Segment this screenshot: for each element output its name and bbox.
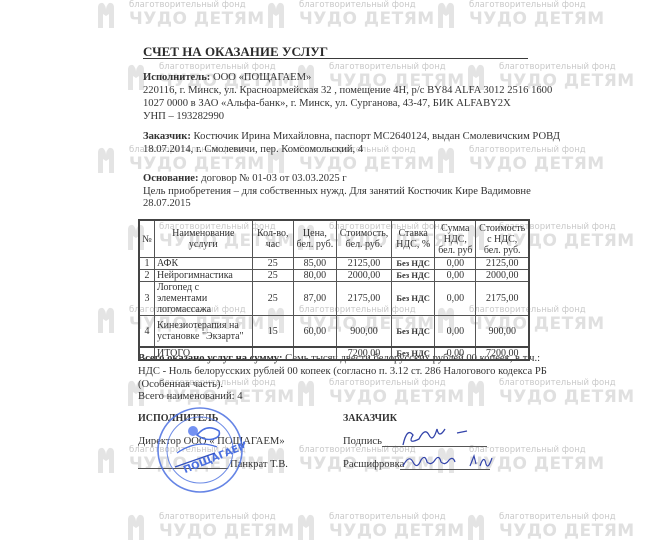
cell-cost: 2125,00 — [336, 258, 391, 270]
col-header-total: Стоимость с НДС, бел. руб. — [476, 220, 529, 258]
basis-line: Основание: договор № 01-03 от 03.03.2025… — [143, 172, 347, 185]
total-vat-rate: Без НДС — [392, 347, 435, 360]
cell-price: 80,00 — [293, 270, 336, 282]
cell-name: Логопед с элементами логомассажа — [154, 282, 252, 316]
cell-vat-rate: Без НДС — [392, 316, 435, 348]
cell-vat-rate: Без НДС — [392, 270, 435, 282]
table-row: 4 Кинезиотерапия на установке "Экзарта" … — [139, 316, 529, 348]
cell-price — [293, 347, 336, 360]
total-sum: 7200,00 — [476, 347, 529, 360]
cell-price: 60,00 — [293, 316, 336, 348]
table-row: 1 АФК 25 85,00 2125,00 Без НДС 0,00 2125… — [139, 258, 529, 270]
cell-total: 900,00 — [476, 316, 529, 348]
cell-price: 85,00 — [293, 258, 336, 270]
cell-vat-sum: 0,00 — [435, 270, 476, 282]
cell-qty: 25 — [252, 258, 293, 270]
executor-address: 220116, г. Минск, ул. Красноармейская 32… — [143, 84, 552, 97]
executor-bank: 1027 0000 в ЗАО «Альфа-банк», г. Минск, … — [143, 97, 511, 110]
basis-label: Основание: — [143, 173, 199, 184]
invoice-document: СЧЕТ НА ОКАЗАНИЕ УСЛУГ Исполнитель: ООО … — [0, 0, 660, 540]
total-cost: 7200,00 — [336, 347, 391, 360]
services-table: № Наименование услуги Кол-во, час Цена, … — [138, 219, 530, 361]
cell-total: 2175,00 — [476, 282, 529, 316]
customer-name: Костючик Ирина Михайловна, паспорт МС264… — [191, 131, 560, 142]
cell-vat-rate: Без НДС — [392, 282, 435, 316]
customer-signature-icon — [395, 425, 490, 450]
cell-cost: 900,00 — [336, 316, 391, 348]
cell-cost: 2000,00 — [336, 270, 391, 282]
customer-decode-label: Расшифровка — [343, 458, 404, 471]
total-vat-sum: 0,00 — [435, 347, 476, 360]
customer-sign-label: Подпись — [343, 435, 382, 448]
col-header-vat-rate: Ставка НДС, % — [392, 220, 435, 258]
company-stamp-icon: ПОЩАГАЕМ — [155, 405, 245, 495]
table-row: 3 Логопед с элементами логомассажа 25 87… — [139, 282, 529, 316]
table-total-row: ИТОГО 7200,00 Без НДС 0,00 7200,00 — [139, 347, 529, 360]
executor-unp: УНП – 193282990 — [143, 110, 224, 123]
cell-num: 4 — [139, 316, 154, 348]
customer-decode-signature-icon — [400, 452, 515, 472]
customer-label: Заказчик: — [143, 131, 191, 142]
executor-label: Исполнитель: — [143, 72, 210, 83]
cell-price: 87,00 — [293, 282, 336, 316]
col-header-num: № — [139, 220, 154, 258]
cell-num: 3 — [139, 282, 154, 316]
cell-total: 2125,00 — [476, 258, 529, 270]
cell-vat-sum: 0,00 — [435, 258, 476, 270]
executor-heading: Исполнитель: ООО «ПОЩАГАЕМ» — [143, 71, 311, 84]
purpose-date: 28.07.2015 — [143, 197, 191, 210]
cell-num: 1 — [139, 258, 154, 270]
purpose-line: Цель приобретения – для собственных нужд… — [143, 185, 531, 198]
cell-qty: 25 — [252, 270, 293, 282]
cell-name: Нейрогимнастика — [154, 270, 252, 282]
col-header-qty: Кол-во, час — [252, 220, 293, 258]
cell-num — [139, 347, 154, 360]
cell-vat-sum: 0,00 — [435, 316, 476, 348]
customer-sign-heading: ЗАКАЗЧИК — [343, 412, 397, 425]
col-header-cost: Стоимость, бел. руб. — [336, 220, 391, 258]
col-header-name: Наименование услуги — [154, 220, 252, 258]
summary-vat: НДС - Ноль белорусских рублей 00 копеек … — [138, 365, 547, 378]
cell-vat-sum: 0,00 — [435, 282, 476, 316]
col-header-vat-sum: Сумма НДС, бел. руб — [435, 220, 476, 258]
summary-count: Всего наименований: 4 — [138, 390, 243, 403]
table-row: 2 Нейрогимнастика 25 80,00 2000,00 Без Н… — [139, 270, 529, 282]
cell-name: Кинезиотерапия на установке "Экзарта" — [154, 316, 252, 348]
cell-total: 2000,00 — [476, 270, 529, 282]
table-header-row: № Наименование услуги Кол-во, час Цена, … — [139, 220, 529, 258]
cell-qty: 15 — [252, 316, 293, 348]
customer-address: 18.07.2014, г. Смолевичи, пер. Комсомоль… — [143, 143, 363, 156]
customer-heading: Заказчик: Костючик Ирина Михайловна, пас… — [143, 130, 560, 143]
cell-num: 2 — [139, 270, 154, 282]
cell-qty: 25 — [252, 282, 293, 316]
total-label: ИТОГО — [154, 347, 252, 360]
col-header-price: Цена, бел. руб. — [293, 220, 336, 258]
cell-vat-rate: Без НДС — [392, 258, 435, 270]
cell-cost: 2175,00 — [336, 282, 391, 316]
cell-name: АФК — [154, 258, 252, 270]
executor-name: ООО «ПОЩАГАЕМ» — [210, 72, 311, 83]
basis-value: договор № 01-03 от 03.03.2025 г — [199, 173, 347, 184]
title-underline — [143, 58, 528, 59]
cell-qty — [252, 347, 293, 360]
